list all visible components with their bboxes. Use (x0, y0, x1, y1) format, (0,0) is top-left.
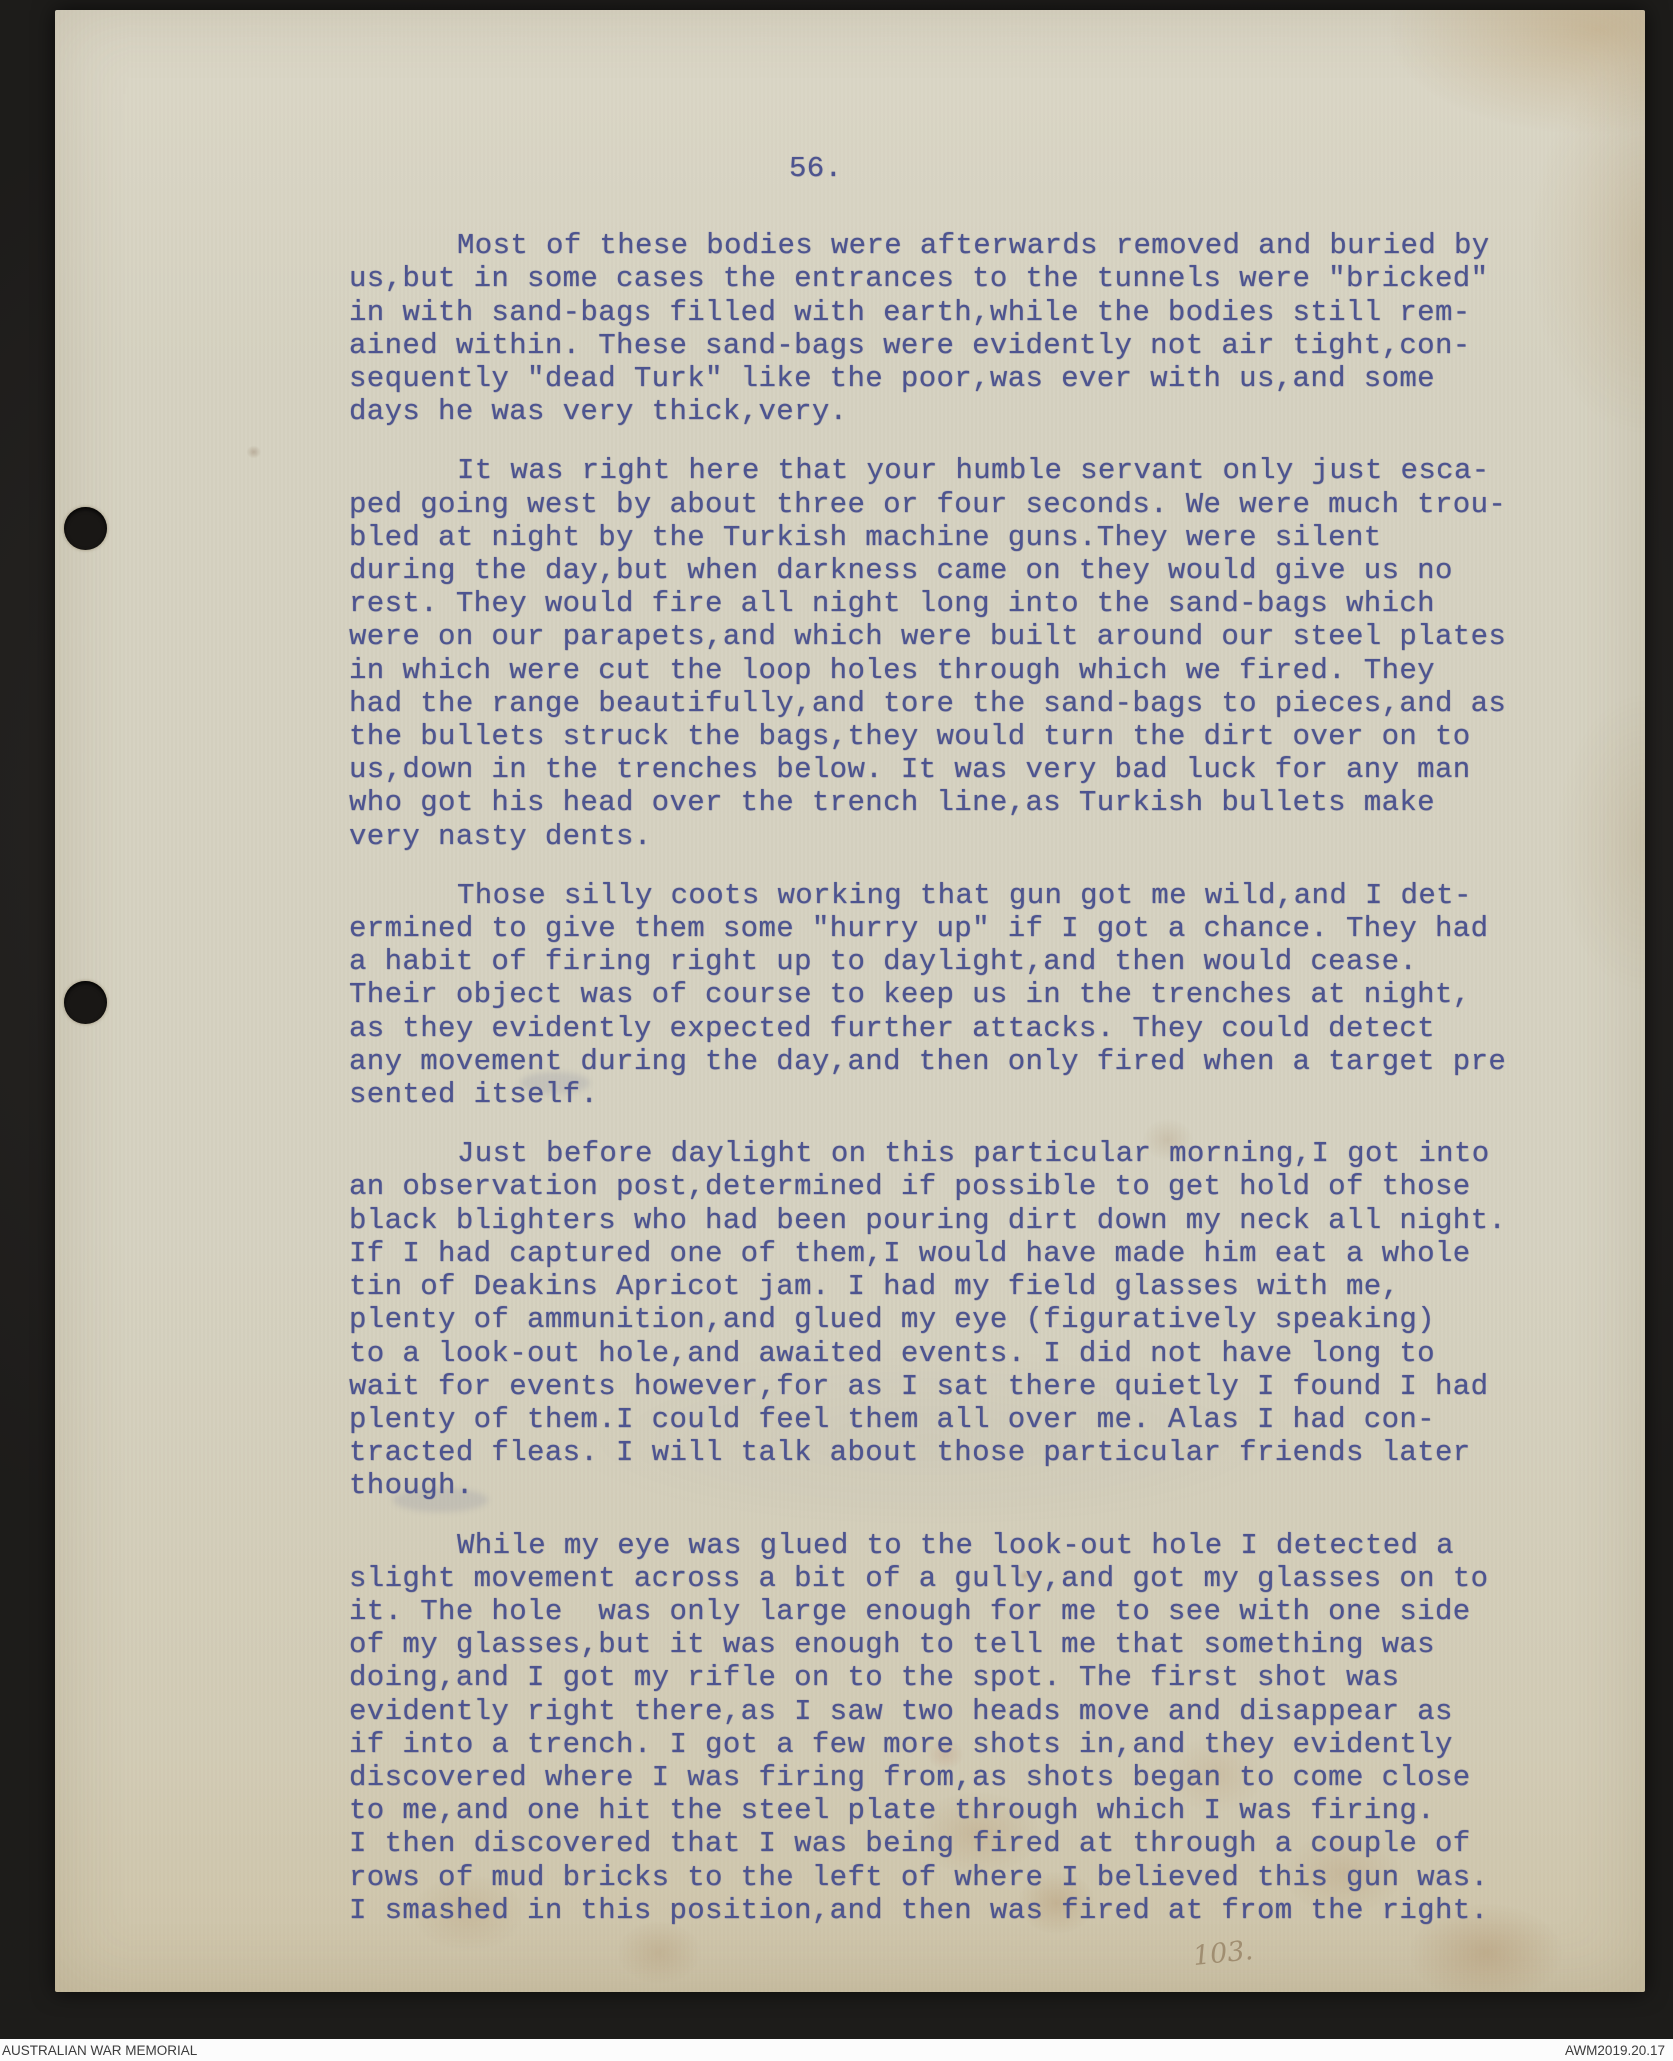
text-line: as they evidently expected further attac… (349, 1012, 1579, 1045)
text-line: it. The hole was only large enough for m… (349, 1595, 1579, 1628)
typewritten-text: 56. Most of these bodies were afterwards… (349, 152, 1579, 1953)
text-line: an observation post,determined if possib… (349, 1170, 1579, 1203)
text-line: bled at night by the Turkish machine gun… (349, 521, 1579, 554)
text-line: ped going west by about three or four se… (349, 488, 1579, 521)
scanned-document-page: { "document": { "page_number": "56.", "p… (0, 0, 1673, 2061)
text-line: though. (349, 1469, 1579, 1502)
page-number: 56. (789, 152, 1579, 185)
text-line: Those silly coots working that gun got m… (349, 879, 1579, 912)
text-line: black blighters who had been pouring dir… (349, 1204, 1579, 1237)
text-line: rest. They would fire all night long int… (349, 587, 1579, 620)
text-line: If I had captured one of them,I would ha… (349, 1237, 1579, 1270)
text-line: in with sand-bags filled with earth,whil… (349, 296, 1579, 329)
text-line: rows of mud bricks to the left of where … (349, 1861, 1579, 1894)
paragraph-5: While my eye was glued to the look-out h… (349, 1529, 1579, 1927)
text-line: It was right here that your humble serva… (349, 454, 1579, 487)
text-line: ained within. These sand-bags were evide… (349, 329, 1579, 362)
text-line: doing,and I got my rifle on to the spot.… (349, 1661, 1579, 1694)
text-line: a habit of firing right up to daylight,a… (349, 945, 1579, 978)
text-line: wait for events however,for as I sat the… (349, 1370, 1579, 1403)
archive-reference-number: AWM2019.20.17 (1565, 2043, 1665, 2058)
text-line: evidently right there,as I saw two heads… (349, 1695, 1579, 1728)
paragraph-3: Those silly coots working that gun got m… (349, 879, 1579, 1111)
text-line: to me,and one hit the steel plate throug… (349, 1794, 1579, 1827)
text-line: in which were cut the loop holes through… (349, 654, 1579, 687)
text-line: Most of these bodies were afterwards rem… (349, 229, 1579, 262)
text-line: ermined to give them some "hurry up" if … (349, 912, 1579, 945)
paper-page: 56. Most of these bodies were afterwards… (55, 10, 1645, 1992)
text-line: tin of Deakins Apricot jam. I had my fie… (349, 1270, 1579, 1303)
text-line: sequently "dead Turk" like the poor,was … (349, 362, 1579, 395)
text-line: very nasty dents. (349, 820, 1579, 853)
text-line: us,but in some cases the entrances to th… (349, 262, 1579, 295)
text-line: plenty of ammunition,and glued my eye (f… (349, 1303, 1579, 1336)
paragraph-1: Most of these bodies were afterwards rem… (349, 229, 1579, 428)
text-line: plenty of them.I could feel them all ove… (349, 1403, 1579, 1436)
text-line: While my eye was glued to the look-out h… (349, 1529, 1579, 1562)
text-line: during the day,but when darkness came on… (349, 554, 1579, 587)
text-line: the bullets struck the bags,they would t… (349, 720, 1579, 753)
text-line: had the range beautifully,and tore the s… (349, 687, 1579, 720)
text-line: I then discovered that I was being fired… (349, 1827, 1579, 1860)
text-line: if into a trench. I got a few more shots… (349, 1728, 1579, 1761)
text-line: days he was very thick,very. (349, 395, 1579, 428)
text-line: of my glasses,but it was enough to tell … (349, 1628, 1579, 1661)
archive-name-label: AUSTRALIAN WAR MEMORIAL (2, 2043, 197, 2058)
punch-hole-bottom (64, 981, 107, 1024)
paragraph-2: It was right here that your humble serva… (349, 454, 1579, 852)
archive-footer-bar: AUSTRALIAN WAR MEMORIAL AWM2019.20.17 (0, 2039, 1673, 2061)
text-line: Just before daylight on this particular … (349, 1137, 1579, 1170)
text-line: Their object was of course to keep us in… (349, 978, 1579, 1011)
text-line: tracted fleas. I will talk about those p… (349, 1436, 1579, 1469)
text-line: I smashed in this position,and then was … (349, 1894, 1579, 1927)
text-line: us,down in the trenches below. It was ve… (349, 753, 1579, 786)
punch-hole-top (64, 507, 107, 550)
text-line: to a look-out hole,and awaited events. I… (349, 1337, 1579, 1370)
paragraph-4: Just before daylight on this particular … (349, 1137, 1579, 1502)
text-line: any movement during the day,and then onl… (349, 1045, 1579, 1078)
text-line: sented itself. (349, 1078, 1579, 1111)
text-line: were on our parapets,and which were buil… (349, 620, 1579, 653)
text-line: discovered where I was firing from,as sh… (349, 1761, 1579, 1794)
text-line: who got his head over the trench line,as… (349, 786, 1579, 819)
handwritten-page-note: 103. (1192, 1935, 1255, 1972)
text-line: slight movement across a bit of a gully,… (349, 1562, 1579, 1595)
